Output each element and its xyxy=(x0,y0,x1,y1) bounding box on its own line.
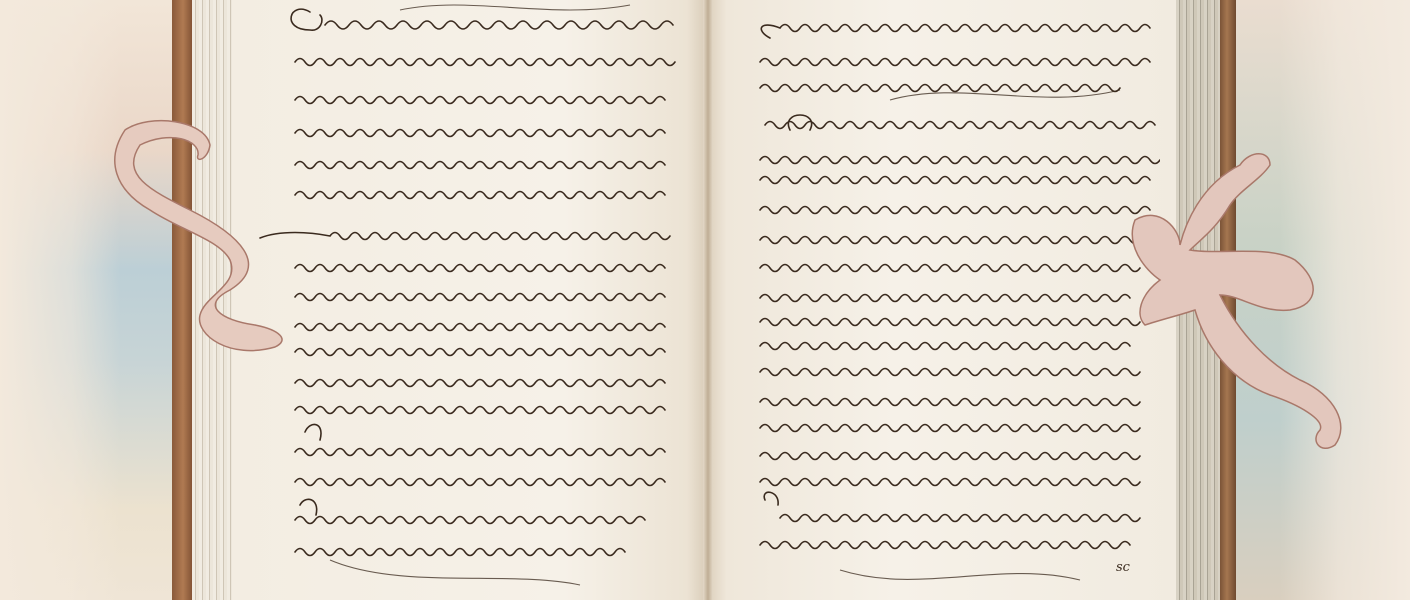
corner-mark: sc xyxy=(1116,560,1130,575)
right-ribbon xyxy=(1120,145,1360,460)
left-ribbon xyxy=(80,115,290,375)
book-gutter xyxy=(703,0,713,600)
right-page-script xyxy=(740,0,1160,600)
left-page-script xyxy=(250,0,700,600)
